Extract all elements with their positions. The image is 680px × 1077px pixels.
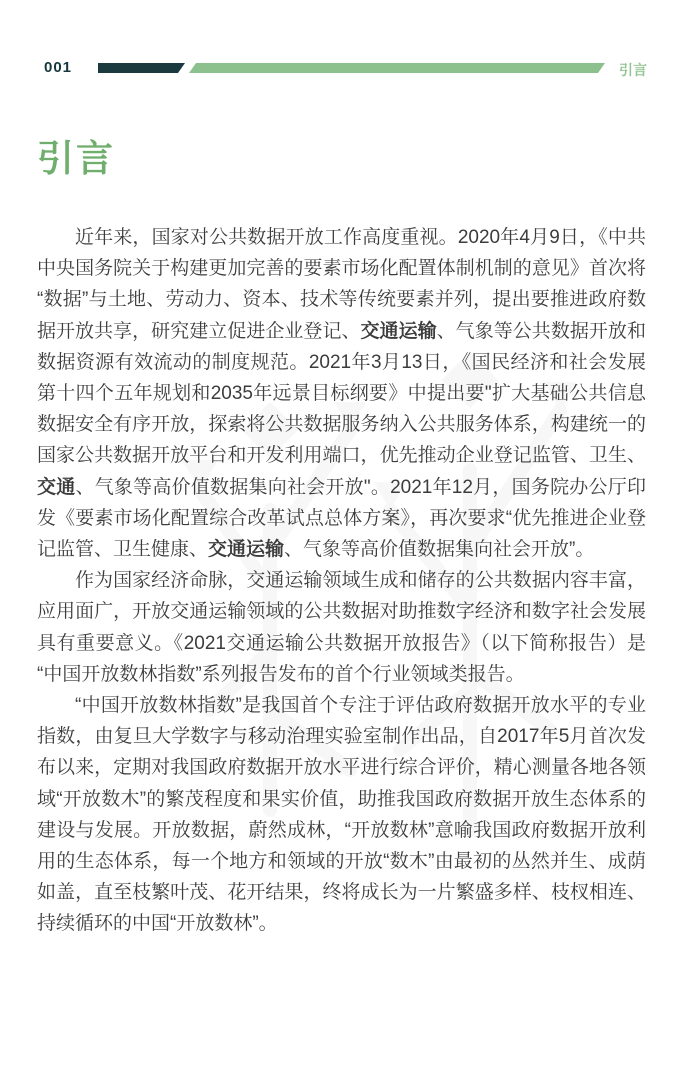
body-text: 近年来，国家对公共数据开放工作高度重视。2020年4月9日，《中共中央国务院关于…	[37, 222, 646, 940]
text-run: “中国开放数林指数”是我国首个专注于评估政府数据开放水平的专业指数，由复旦大学数…	[37, 695, 646, 934]
bold-run: 交通	[37, 477, 75, 498]
paragraph: 作为国家经济命脉，交通运输领域生成和储存的公共数据内容丰富，应用面广，开放交通运…	[37, 565, 646, 690]
paragraph: 近年来，国家对公共数据开放工作高度重视。2020年4月9日，《中共中央国务院关于…	[37, 222, 646, 565]
report-page: 001 引言 引言 近年来，国家对公共数据开放工作高度重视。2020年4月9日，…	[0, 0, 680, 1077]
header-bar-dark	[98, 63, 185, 73]
text-run: 作为国家经济命脉，交通运输领域生成和储存的公共数据内容丰富，应用面广，开放交通运…	[37, 570, 646, 685]
page-header: 001 引言	[0, 0, 680, 90]
page-number: 001	[44, 59, 72, 76]
paragraph: “中国开放数林指数”是我国首个专注于评估政府数据开放水平的专业指数，由复旦大学数…	[37, 690, 646, 940]
text-run: 、气象等公共数据开放和数据资源有效流动的制度规范。2021年3月13日，《国民经…	[37, 321, 646, 467]
bold-run: 交通运输	[208, 539, 284, 560]
text-run: 、气象等高价值数据集向社会开放”。	[284, 539, 594, 560]
page-title: 引言	[37, 128, 115, 182]
header-bar-green	[189, 63, 605, 73]
bold-run: 交通运输	[361, 321, 437, 342]
header-section-label: 引言	[619, 60, 647, 80]
